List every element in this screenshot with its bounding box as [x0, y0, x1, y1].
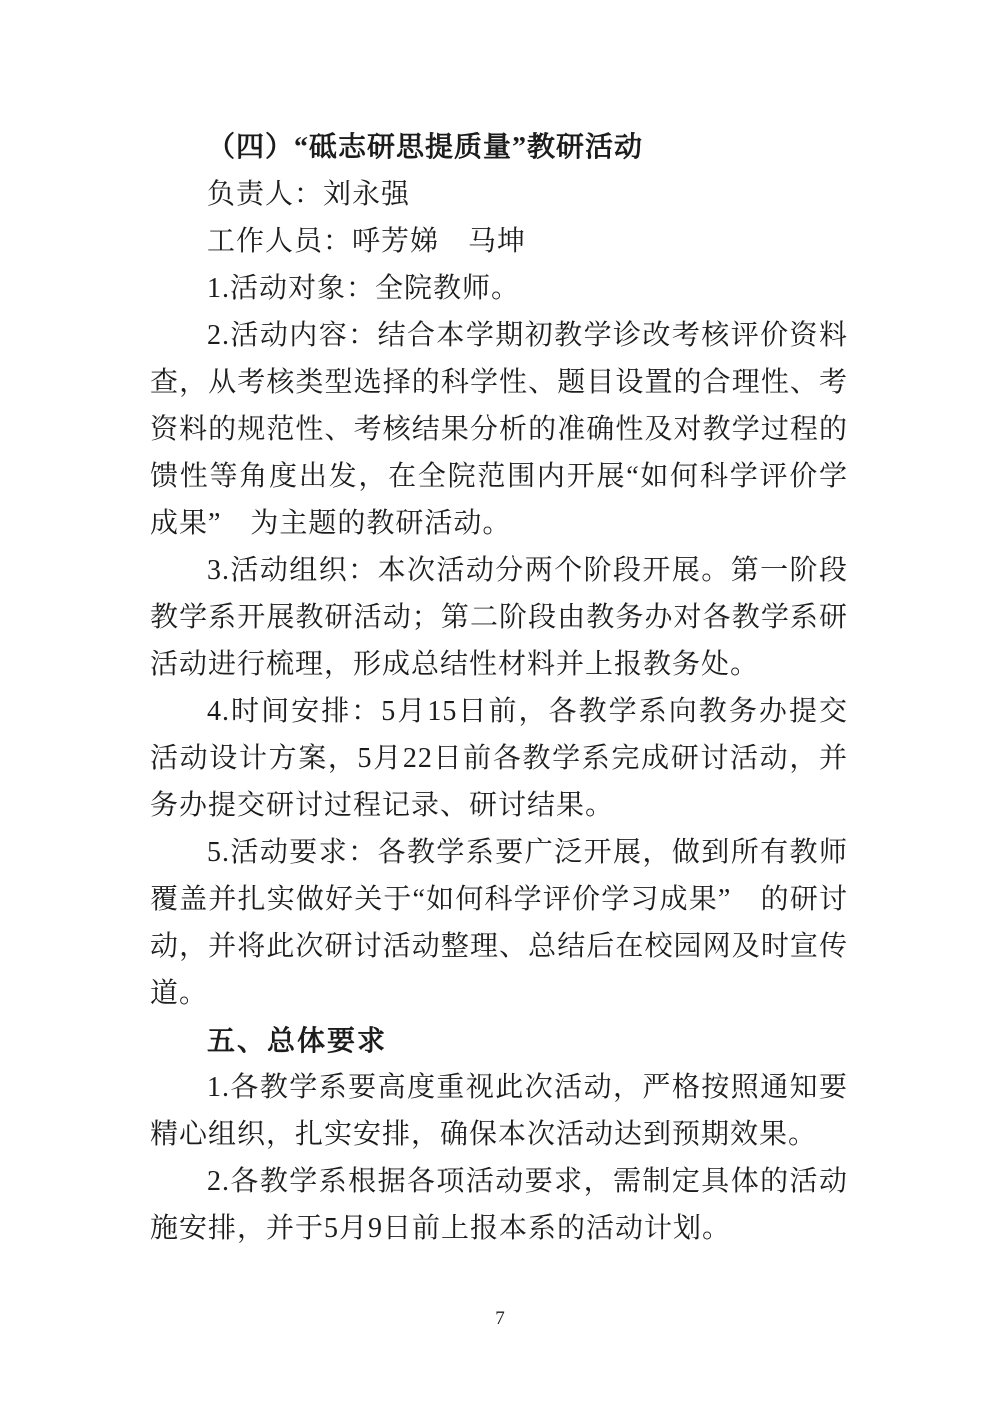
section-five-heading: 五、总体要求 — [150, 1017, 848, 1064]
document-page: （四）“砥志研思提质量”教研活动 负责人：刘永强 工作人员：呼芳娣 马坤 1.活… — [0, 0, 1000, 1415]
overall-requirement-2-line-1: 2.各教学系根据各项活动要求，需制定具体的活动实 — [150, 1158, 848, 1205]
activity-content-line-4: 馈性等角度出发，在全院范围内开展“如何科学评价学习 — [150, 453, 848, 500]
page-number: 7 — [495, 1308, 505, 1329]
activity-content-line-5: 成果” 为主题的教研活动。 — [150, 500, 848, 547]
activity-target-line: 1.活动对象：全院教师。 — [150, 265, 848, 312]
document-body: （四）“砥志研思提质量”教研活动 负责人：刘永强 工作人员：呼芳娣 马坤 1.活… — [150, 124, 848, 1252]
activity-organization-line-2: 教学系开展教研活动；第二阶段由教务办对各教学系研讨 — [150, 594, 848, 641]
activity-content-line-3: 资料的规范性、考核结果分析的准确性及对教学过程的反 — [150, 406, 848, 453]
activity-requirement-line-3: 动，并将此次研讨活动整理、总结后在校园网及时宣传报 — [150, 923, 848, 970]
schedule-line-1: 4.时间安排：5月15日前，各教学系向教务办提交研讨 — [150, 688, 848, 735]
section-four-heading: （四）“砥志研思提质量”教研活动 — [150, 124, 848, 171]
responsible-person-line: 负责人：刘永强 — [150, 171, 848, 218]
activity-requirement-line-2: 覆盖并扎实做好关于“如何科学评价学习成果” 的研讨活 — [150, 876, 848, 923]
activity-requirement-line-4: 道。 — [150, 970, 848, 1017]
overall-requirement-2-line-2: 施安排，并于5月9日前上报本系的活动计划。 — [150, 1205, 848, 1252]
schedule-line-2: 活动设计方案，5月22日前各教学系完成研讨活动，并向教 — [150, 735, 848, 782]
activity-content-line-1: 2.活动内容：结合本学期初教学诊改考核评价资料检 — [150, 312, 848, 359]
activity-requirement-line-1: 5.活动要求：各教学系要广泛开展，做到所有教师全 — [150, 829, 848, 876]
overall-requirement-1-line-2: 精心组织，扎实安排，确保本次活动达到预期效果。 — [150, 1111, 848, 1158]
schedule-line-3: 务办提交研讨过程记录、研讨结果。 — [150, 782, 848, 829]
overall-requirement-1-line-1: 1.各教学系要高度重视此次活动，严格按照通知要求， — [150, 1064, 848, 1111]
activity-organization-line-1: 3.活动组织：本次活动分两个阶段开展。第一阶段各 — [150, 547, 848, 594]
page-footer: 7 — [0, 1308, 1000, 1330]
activity-organization-line-3: 活动进行梳理，形成总结性材料并上报教务处。 — [150, 641, 848, 688]
staff-line: 工作人员：呼芳娣 马坤 — [150, 218, 848, 265]
activity-content-line-2: 查，从考核类型选择的科学性、题目设置的合理性、考核 — [150, 359, 848, 406]
